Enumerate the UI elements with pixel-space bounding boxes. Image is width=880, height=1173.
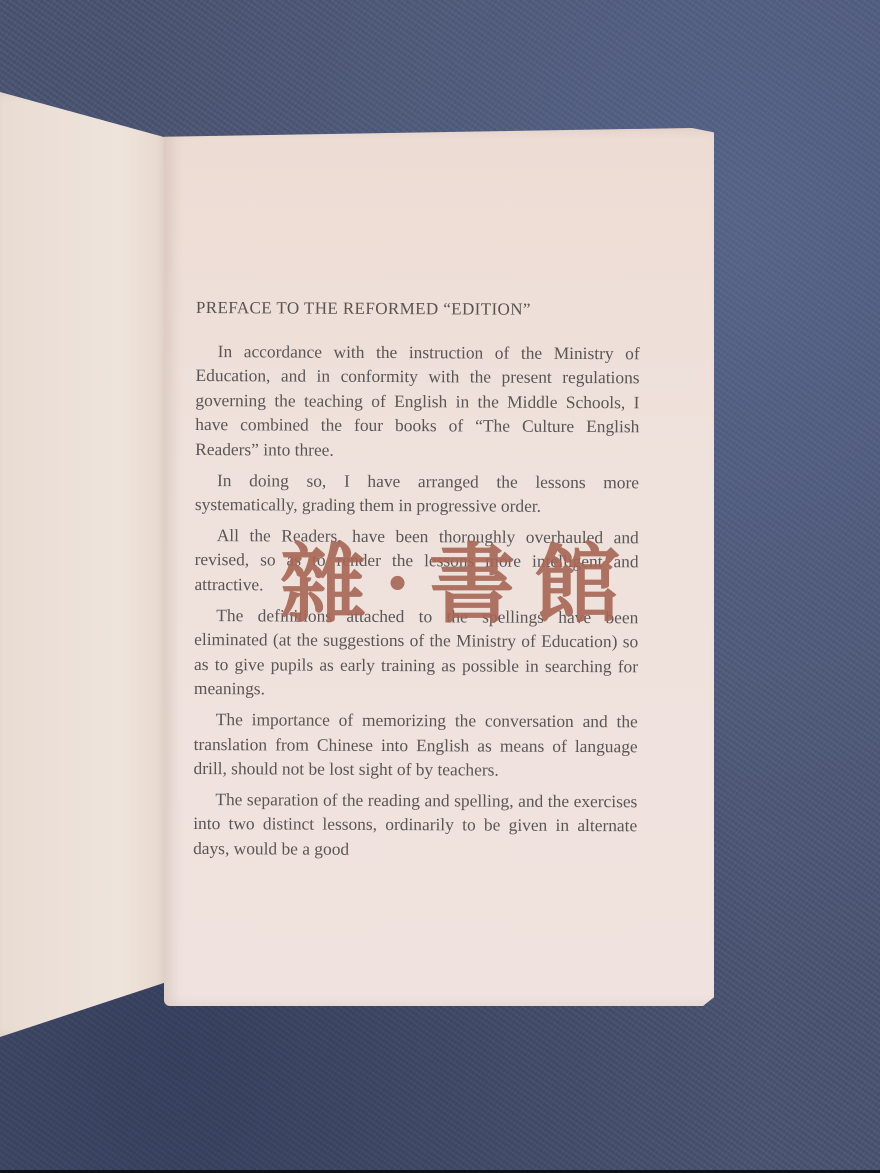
- paragraph-3: All the Readers, have been thoroughly ov…: [194, 523, 638, 599]
- paragraph-4: The definitions attached to the spelling…: [194, 603, 639, 704]
- left-page-blank: [0, 92, 172, 1037]
- paragraph-5: The importance of memorizing the convers…: [193, 707, 637, 783]
- paragraph-2: In doing so, I have arranged the lessons…: [195, 468, 639, 520]
- paragraph-1: In accordance with the instruction of th…: [195, 339, 640, 464]
- preface-text-block: PREFACE TO THE REFORMED “EDITION” In acc…: [193, 296, 640, 869]
- page-heading: PREFACE TO THE REFORMED “EDITION”: [196, 296, 640, 323]
- paragraph-6: The separation of the reading and spelli…: [193, 787, 637, 863]
